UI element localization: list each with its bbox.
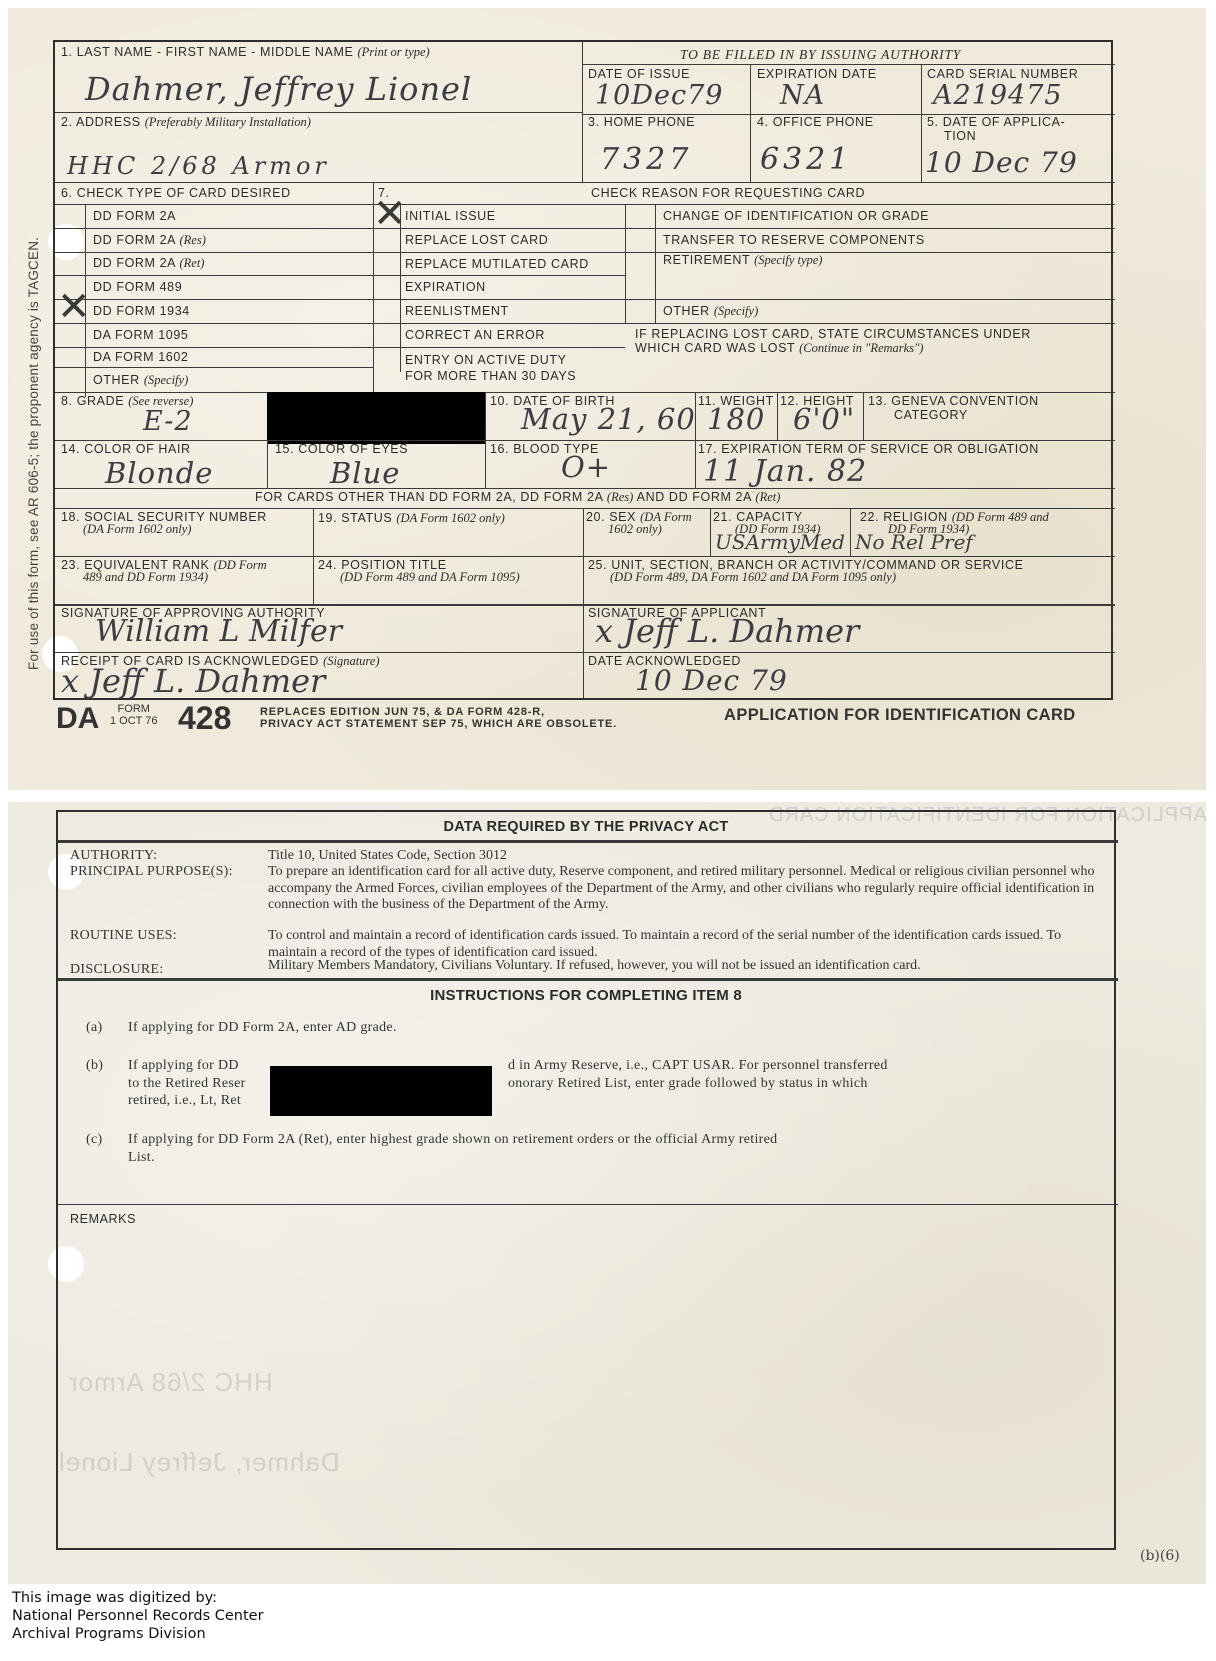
checkmark-x-icon: ✕ xyxy=(57,287,91,327)
reason-change-identification[interactable]: CHANGE OF IDENTIFICATION OR GRADE xyxy=(663,209,929,223)
reason-transfer-reserve[interactable]: TRANSFER TO RESERVE COMPONENTS xyxy=(663,233,925,247)
name-value[interactable]: Dahmer, Jeffrey Lionel xyxy=(85,70,472,108)
card-type-other[interactable]: OTHER (Specify) xyxy=(93,373,188,388)
redacted-block xyxy=(270,1066,492,1116)
expiration-date-label: EXPIRATION DATE xyxy=(757,67,877,81)
side-usage-note: For use of this form, see AR 606-5; the … xyxy=(26,237,41,670)
office-phone-label: 4. OFFICE PHONE xyxy=(757,115,874,129)
date-of-issue-label: DATE OF ISSUE xyxy=(588,67,690,81)
remarks-label: REMARKS xyxy=(70,1212,136,1226)
form-edition: FORM1 OCT 76 xyxy=(110,703,158,727)
instruction-b-key: (b) xyxy=(86,1058,103,1074)
authority-label: AUTHORITY: xyxy=(70,848,157,864)
purpose-text: To prepare an identification card for al… xyxy=(268,864,1108,914)
card-type-dd2a-ret[interactable]: DD FORM 2A (Ret) xyxy=(93,256,204,271)
instruction-b-line2: to the Retired Reser xyxy=(128,1076,246,1092)
item6-label: 6. CHECK TYPE OF CARD DESIRED xyxy=(61,186,291,200)
address-value[interactable]: HHC 2/68 Armor xyxy=(67,152,330,180)
item1-label: 1. LAST NAME - FIRST NAME - MIDDLE NAME … xyxy=(61,45,430,60)
card-type-dd1934[interactable]: DD FORM 1934 xyxy=(93,304,190,318)
ssn-label: 18. SOCIAL SECURITY NUMBER(DA Form 1602 … xyxy=(61,511,267,535)
date-of-issue-value[interactable]: 10Dec79 xyxy=(595,80,723,111)
purpose-label: PRINCIPAL PURPOSE(S): xyxy=(70,864,233,880)
instruction-a-text: If applying for DD Form 2A, enter AD gra… xyxy=(128,1020,397,1036)
routine-uses-text: To control and maintain a record of iden… xyxy=(268,928,1108,961)
instruction-b-line1b: d in Army Reserve, i.e., CAPT USAR. For … xyxy=(508,1058,888,1074)
item2-label: 2. ADDRESS (Preferably Military Installa… xyxy=(61,115,311,130)
date-of-application-value[interactable]: 10 Dec 79 xyxy=(925,146,1078,179)
reason-other[interactable]: OTHER (Specify) xyxy=(663,304,758,319)
disclosure-text: Military Members Mandatory, Civilians Vo… xyxy=(268,958,1118,975)
privacy-act-title: DATA REQUIRED BY THE PRIVACY ACT xyxy=(58,819,1114,835)
grade-value[interactable]: E-2 xyxy=(143,406,193,437)
authority-text: Title 10, United States Code, Section 30… xyxy=(268,848,1098,865)
form-replaces-note: REPLACES EDITION JUN 75, & DA FORM 428-R… xyxy=(260,706,617,730)
form-da-label: DA xyxy=(56,702,99,736)
weight-value[interactable]: 180 xyxy=(707,402,765,436)
routine-uses-label: ROUTINE USES: xyxy=(70,928,177,944)
form-number: 428 xyxy=(178,700,231,737)
other-cards-header: FOR CARDS OTHER THAN DD FORM 2A, DD FORM… xyxy=(255,490,780,505)
blood-type-value[interactable]: O+ xyxy=(561,450,611,484)
capacity-value[interactable]: USArmyMed xyxy=(715,530,845,554)
card-serial-value[interactable]: A219475 xyxy=(933,80,1063,111)
id-card-application-form: 1. LAST NAME - FIRST NAME - MIDDLE NAME … xyxy=(53,40,1113,700)
card-type-dd2a[interactable]: DD FORM 2A xyxy=(93,209,176,224)
home-phone-value[interactable]: 7327 xyxy=(600,142,692,177)
issuing-authority-title: TO BE FILLED IN BY ISSUING AUTHORITY xyxy=(680,47,961,63)
form-title: APPLICATION FOR IDENTIFICATION CARD xyxy=(724,706,1076,725)
card-type-dd2a-res[interactable]: DD FORM 2A (Res) xyxy=(93,233,206,248)
back-form-box: DATA REQUIRED BY THE PRIVACY ACT AUTHORI… xyxy=(56,810,1116,1550)
hair-color-value[interactable]: Blonde xyxy=(105,456,213,490)
corner-annotation: (b)(6) xyxy=(1140,1548,1180,1564)
redacted-block xyxy=(267,392,485,444)
card-type-da1602[interactable]: DA FORM 1602 xyxy=(93,350,188,364)
position-title-label: 24. POSITION TITLE(DD Form 489 and DA Fo… xyxy=(318,559,520,583)
geneva-category-label: 13. GENEVA CONVENTIONCATEGORY xyxy=(868,394,1039,422)
expiration-date-value[interactable]: NA xyxy=(780,80,825,111)
digitized-credit-line1: This image was digitized by: xyxy=(12,1590,217,1606)
reason-replace-lost[interactable]: REPLACE LOST CARD xyxy=(405,233,548,247)
lost-card-circumstances[interactable]: IF REPLACING LOST CARD, STATE CIRCUMSTAN… xyxy=(635,327,1031,355)
reason-retirement[interactable]: RETIREMENT (Specify type) xyxy=(663,253,822,268)
instruction-b-line1: If applying for DD xyxy=(128,1058,239,1074)
instruction-a-key: (a) xyxy=(86,1020,102,1036)
reason-entry-active-duty[interactable]: ENTRY ON ACTIVE DUTYFOR MORE THAN 30 DAY… xyxy=(405,352,576,384)
sex-label: 20. SEX (DA Form1602 only) xyxy=(586,511,692,535)
reason-expiration[interactable]: EXPIRATION xyxy=(405,280,486,294)
office-phone-value[interactable]: 6321 xyxy=(760,142,852,177)
disclosure-label: DISCLOSURE: xyxy=(70,962,164,978)
instruction-c-line1: If applying for DD Form 2A (Ret), enter … xyxy=(128,1132,777,1148)
reason-initial-issue[interactable]: INITIAL ISSUE xyxy=(405,209,496,223)
reason-reenlistment[interactable]: REENLISTMENT xyxy=(405,304,509,318)
receipt-signature-value[interactable]: x Jeff L. Dahmer xyxy=(61,662,325,700)
instruction-b-line3: retired, i.e., Lt, Ret xyxy=(128,1093,241,1109)
card-type-dd489[interactable]: DD FORM 489 xyxy=(93,280,182,294)
ets-value[interactable]: 11 Jan. 82 xyxy=(703,454,867,489)
instruction-c-key: (c) xyxy=(86,1132,102,1148)
equivalent-rank-label: 23. EQUIVALENT RANK (DD Form489 and DD F… xyxy=(61,559,267,583)
instruction-c-line2: List. xyxy=(128,1150,155,1166)
instruction-b-line2b: onorary Retired List, enter grade follow… xyxy=(508,1076,868,1092)
date-of-birth-value[interactable]: May 21, 60 xyxy=(521,402,696,436)
card-serial-label: CARD SERIAL NUMBER xyxy=(927,67,1078,81)
unit-label: 25. UNIT, SECTION, BRANCH OR ACTIVITY/CO… xyxy=(588,559,1024,583)
approving-signature-value[interactable]: William L Milfer xyxy=(95,614,342,649)
religion-value[interactable]: No Rel Pref xyxy=(855,530,973,554)
home-phone-label: 3. HOME PHONE xyxy=(588,115,695,129)
reason-replace-mutilated[interactable]: REPLACE MUTILATED CARD xyxy=(405,257,589,271)
item7-label: CHECK REASON FOR REQUESTING CARD xyxy=(591,186,865,200)
date-acknowledged-value[interactable]: 10 Dec 79 xyxy=(635,664,788,697)
eye-color-value[interactable]: Blue xyxy=(330,456,400,490)
eye-color-label: 15. COLOR OF EYES xyxy=(275,442,408,456)
height-value[interactable]: 6'0" xyxy=(793,402,855,436)
instructions-title: INSTRUCTIONS FOR COMPLETING ITEM 8 xyxy=(58,987,1114,1004)
hair-color-label: 14. COLOR OF HAIR xyxy=(61,442,191,456)
status-label: 19. STATUS (DA Form 1602 only) xyxy=(318,511,505,526)
date-of-application-label: 5. DATE OF APPLICA-TION xyxy=(927,115,1065,143)
digitized-credit-line2: National Personnel Records Center xyxy=(12,1608,264,1624)
applicant-signature-value[interactable]: x Jeff L. Dahmer xyxy=(595,612,859,650)
remarks-area[interactable] xyxy=(58,1230,1118,1550)
card-type-da1095[interactable]: DA FORM 1095 xyxy=(93,328,188,342)
reason-correct-error[interactable]: CORRECT AN ERROR xyxy=(405,328,545,342)
digitized-credit-line3: Archival Programs Division xyxy=(12,1626,206,1642)
